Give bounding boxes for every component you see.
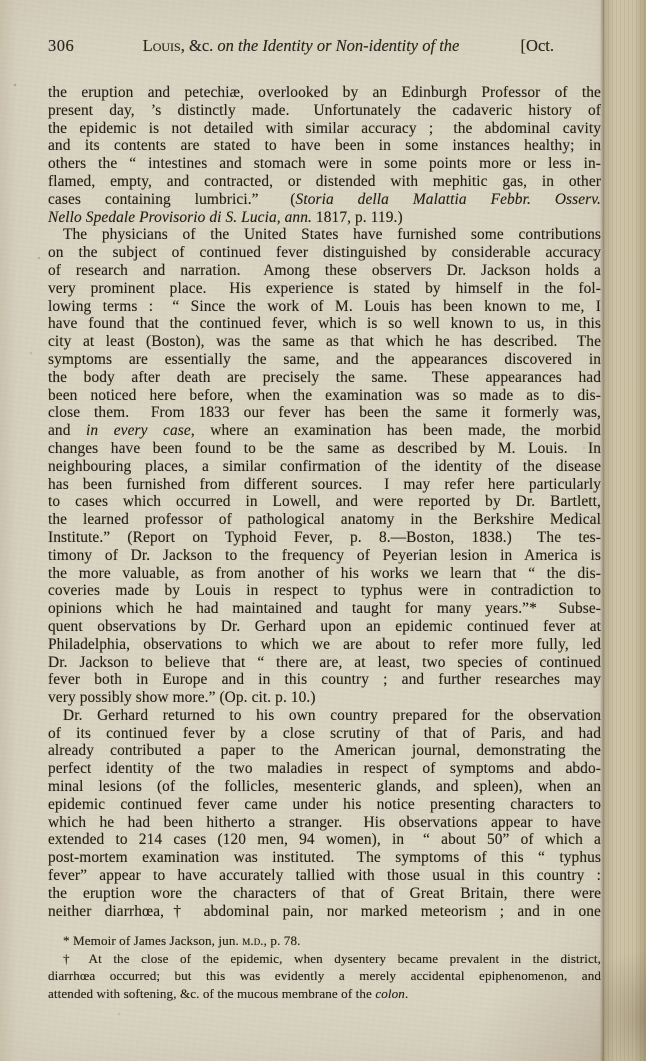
text-line: already contributed a paper to the Ameri… <box>48 742 601 760</box>
text-line: quent observations by Dr. Gerhard upon a… <box>48 618 601 636</box>
text-line: has been furnished from different source… <box>48 476 601 494</box>
text-line: attended with softening, &c. of the muco… <box>48 985 601 1003</box>
text-line: † At the close of the epidemic, when dys… <box>48 950 601 968</box>
text-line: and its contents are stated to have been… <box>48 137 601 155</box>
text-line: diarrhœa occurred; but this was evidentl… <box>48 967 601 985</box>
text-line: Nello Spedale Provisorio di S. Lucia, an… <box>48 209 601 227</box>
text-line: others the “ intestines and stomach were… <box>48 155 601 173</box>
text-line: post-mortem examination was instituted. … <box>48 849 601 867</box>
text-line: the eruption and petechiæ, overlooked by… <box>48 84 601 102</box>
footnotes: * Memoir of James Jackson, jun. m.d., p.… <box>48 932 601 1002</box>
running-title: Louis, &c. on the Identity or Non-identi… <box>143 36 460 56</box>
text-line: city at least (Boston), was the same as … <box>48 333 601 351</box>
text-line: neither diarrhœa,† abdominal pain, nor m… <box>48 903 601 921</box>
text-line: the learned professor of pathological an… <box>48 511 601 529</box>
text-line: very possibly show more.” (Op. cit. p. 1… <box>48 689 601 707</box>
issue-date: [Oct. <box>521 36 554 56</box>
text-line: symptoms are essentially the same, and t… <box>48 351 601 369</box>
page-header: 306 Louis, &c. on the Identity or Non-id… <box>48 36 554 58</box>
text-line: have found that the continued fever, whi… <box>48 315 601 333</box>
body-text: the eruption and petechiæ, overlooked by… <box>48 84 601 920</box>
text-line: fever both in Europe and in this country… <box>48 671 601 689</box>
text-line: lowing terms : “ Since the work of M. Lo… <box>48 298 601 316</box>
scanned-book-page: 306 Louis, &c. on the Identity or Non-id… <box>0 0 646 1061</box>
text-line: close them. From 1833 our fever has been… <box>48 404 601 422</box>
text-line: neighbouring places, a similar confirmat… <box>48 458 601 476</box>
text-line: and in every case, where an examination … <box>48 422 601 440</box>
text-line: fever” appear to have accurately tallied… <box>48 867 601 885</box>
text-line: been noticed here before, when the exami… <box>48 387 601 405</box>
book-page-edges <box>604 0 646 1061</box>
text-line: present day, ’s distinctly made. Unfortu… <box>48 102 601 120</box>
text-line: changes have been found to be the same a… <box>48 440 601 458</box>
text-line: timony of Dr. Jackson to the frequency o… <box>48 547 601 565</box>
text-line: flamed, empty, and contracted, or disten… <box>48 173 601 191</box>
text-line: on the subject of continued fever distin… <box>48 244 601 262</box>
text-line: the epidemic is not detailed with simila… <box>48 120 601 138</box>
text-line: very prominent place. His experience is … <box>48 280 601 298</box>
text-line: the more valuable, as from another of hi… <box>48 565 601 583</box>
page-number: 306 <box>48 36 74 56</box>
text-line: Philadelphia, observations to which we a… <box>48 636 601 654</box>
text-line: The physicians of the United States have… <box>48 226 601 244</box>
text-line: the eruption wore the characters of that… <box>48 885 601 903</box>
text-line: epidemic continued fever came under his … <box>48 796 601 814</box>
text-line: minal lesions (of the follicles, mesente… <box>48 778 601 796</box>
text-line: to cases which occurred in Lowell, and w… <box>48 493 601 511</box>
text-line: opinions which he had maintained and tau… <box>48 600 601 618</box>
text-line: Dr. Gerhard returned to his own country … <box>48 707 601 725</box>
text-line: of its continued fever by a close scruti… <box>48 725 601 743</box>
text-line: coveries made by Louis in respect to typ… <box>48 582 601 600</box>
text-line: Dr. Jackson to believe that “ there are,… <box>48 654 601 672</box>
text-line: * Memoir of James Jackson, jun. m.d., p.… <box>48 932 601 950</box>
text-line: of research and narration. Among these o… <box>48 262 601 280</box>
text-line: cases containing lumbrici.” (Storia dell… <box>48 191 601 209</box>
text-line: Institute.” (Report on Typhoid Fever, p.… <box>48 529 601 547</box>
text-line: the body after death are precisely the s… <box>48 369 601 387</box>
text-line: extended to 214 cases (120 men, 94 women… <box>48 831 601 849</box>
text-line: which he had been hitherto a stranger. H… <box>48 814 601 832</box>
text-line: perfect identity of the two maladies in … <box>48 760 601 778</box>
page-paper: 306 Louis, &c. on the Identity or Non-id… <box>0 0 604 1061</box>
